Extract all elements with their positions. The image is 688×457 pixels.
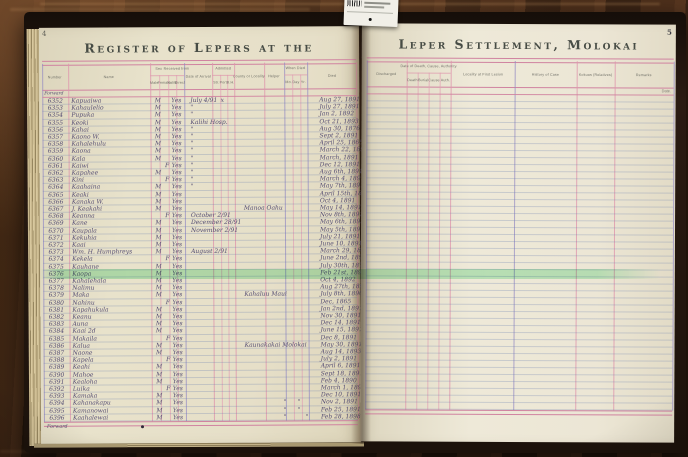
- cell-female: [163, 148, 172, 154]
- cell-adm1: [220, 363, 228, 369]
- cell-adm2: [227, 140, 234, 146]
- cell-d1: [295, 370, 303, 376]
- cell-rec2: [181, 363, 189, 369]
- cell-remarks: [614, 123, 673, 129]
- cell-rec: Yes: [172, 234, 180, 240]
- cell-remarks: [614, 214, 673, 220]
- cell-name: Makaila: [70, 335, 155, 342]
- cell-arrival: [188, 241, 219, 247]
- cell-locality: [449, 347, 513, 353]
- cell-rec: Yes: [172, 270, 180, 276]
- cell-female: F: [163, 299, 172, 305]
- cell-name: Wm. H. Humphreys: [69, 248, 154, 255]
- cell-discharged: [366, 332, 406, 338]
- cell-d3: [309, 96, 316, 102]
- column-group-label: Received from: [163, 67, 189, 71]
- cell-remarks: [614, 144, 673, 150]
- cell-history: [515, 95, 577, 101]
- cell-d1: [293, 104, 301, 110]
- cell-arrival: [189, 342, 220, 348]
- cell-dd2: [417, 298, 428, 304]
- cell-d3: [310, 262, 317, 268]
- cell-helper: [274, 305, 294, 311]
- cell-adm2: [227, 270, 234, 276]
- cell-adm1: [220, 385, 228, 391]
- cell-arrival: [189, 334, 220, 340]
- cell-rec: Yes: [172, 169, 180, 175]
- column-header: Number: [42, 64, 68, 91]
- cell-helper: [275, 385, 295, 391]
- cell-d3: [311, 399, 318, 405]
- cell-adm2: [228, 414, 235, 420]
- cell-dd4: [439, 284, 450, 290]
- cell-name: Kealoha: [70, 378, 155, 385]
- cell-d2: [301, 125, 309, 131]
- cell-name: Kaahalewai: [70, 414, 155, 421]
- cell-no: 6396: [44, 414, 70, 420]
- column-header-label: Died: [328, 74, 336, 78]
- cell-relations: [576, 249, 614, 255]
- cell-d1: [294, 320, 302, 326]
- cell-dd1: [406, 326, 417, 332]
- cell-locality: [450, 151, 514, 157]
- cell-rec2: [180, 255, 188, 261]
- cell-dd4: [439, 228, 450, 234]
- cell-rec: Yes: [173, 356, 181, 362]
- cell-adm3: [234, 248, 241, 254]
- cell-dd3: [428, 298, 439, 304]
- cell-dd2: [417, 123, 428, 129]
- cell-dd1: [405, 382, 416, 388]
- cell-history: [514, 165, 576, 171]
- cell-remarks: [614, 319, 673, 325]
- cell-rec: Yes: [172, 313, 180, 319]
- column-header: Remarks: [615, 61, 674, 88]
- cell-d3: [310, 305, 317, 311]
- cell-helper: [273, 125, 293, 131]
- cell-d1: [294, 161, 302, 167]
- cell-remarks: [614, 172, 673, 178]
- cell-rec2: [179, 133, 187, 139]
- cell-helper: [274, 147, 294, 153]
- cell-county: [241, 320, 274, 326]
- cell-locality: [450, 144, 514, 150]
- cell-locality: [449, 368, 513, 374]
- cell-arrival: [188, 291, 219, 297]
- cell-female: F: [164, 335, 173, 341]
- cell-name: Kamaka: [70, 392, 155, 399]
- cell-helper: [274, 255, 294, 261]
- cell-no: 6372: [43, 242, 69, 248]
- cell-d2: [302, 284, 310, 290]
- cell-rec2: [180, 248, 188, 254]
- cell-rec2: [180, 147, 188, 153]
- cell-rec: Yes: [172, 205, 180, 211]
- cell-rec: Yes: [173, 385, 181, 391]
- cell-arrival: Kalihi Hosp.: [187, 118, 218, 124]
- cell-name: Kaai: [69, 241, 154, 248]
- cell-adm1: [219, 190, 227, 196]
- cell-locality: [450, 305, 514, 311]
- cell-female: [163, 155, 172, 161]
- cell-no: 6352: [42, 98, 68, 104]
- cell-discharged: [366, 241, 406, 247]
- cell-adm1: [219, 198, 227, 204]
- cell-adm3: [234, 205, 241, 211]
- cell-dd2: [417, 319, 428, 325]
- cell-rec: Yes: [172, 155, 180, 161]
- cell-discharged: [366, 318, 406, 324]
- cell-county: [240, 97, 273, 103]
- sub-column-label: B.H.: [227, 81, 235, 85]
- cell-arrival: [189, 414, 220, 420]
- cell-dd1: [406, 165, 417, 171]
- cell-helper: [274, 226, 294, 232]
- cell-adm1: [220, 406, 228, 412]
- cell-male: M: [155, 400, 164, 406]
- cell-remarks: [613, 375, 672, 381]
- cell-dd2: [417, 228, 428, 234]
- cell-rec: Yes: [171, 104, 179, 110]
- sub-column-header: Death: [407, 73, 418, 88]
- cell-no: 6361: [43, 162, 69, 168]
- cell-male: M: [154, 306, 163, 312]
- cell-history: [513, 403, 575, 409]
- cell-locality: [450, 256, 514, 262]
- cell-history: [513, 382, 575, 388]
- cell-d3: [310, 161, 317, 167]
- cell-adm2: [227, 291, 234, 297]
- cell-d1: [293, 132, 301, 138]
- cell-name: Kaona: [69, 148, 154, 155]
- cell-female: F: [163, 162, 172, 168]
- cell-adm3: [235, 399, 242, 405]
- cell-no: 6375: [43, 263, 69, 269]
- cell-helper: [274, 284, 294, 290]
- cell-rec: Yes: [172, 291, 180, 297]
- cell-d2: [302, 140, 310, 146]
- cell-history: [514, 221, 576, 227]
- cell-history: [514, 179, 576, 185]
- cell-helper: [274, 298, 294, 304]
- cell-no: 6356: [42, 126, 68, 132]
- cell-adm2: [227, 241, 234, 247]
- cell-dd2: [417, 242, 428, 248]
- cell-dd2: [417, 186, 428, 192]
- cell-county: [241, 154, 274, 160]
- cell-dd4: [438, 368, 449, 374]
- cell-no: 6394: [44, 400, 70, 406]
- cell-adm1: x: [218, 97, 226, 103]
- cell-d2: [302, 240, 310, 246]
- cell-rec2: [181, 392, 189, 398]
- cell-remarks: [613, 382, 672, 388]
- cell-county: [240, 125, 273, 131]
- cell-d3: [311, 341, 318, 347]
- cell-name: Nahinu: [69, 299, 154, 306]
- left-page-number: 4: [42, 30, 47, 38]
- cell-relations: [576, 305, 614, 311]
- cell-adm2: [227, 205, 234, 211]
- cell-no: 6384: [43, 328, 69, 334]
- cell-discharged: [366, 339, 406, 345]
- cell-adm1: [219, 234, 227, 240]
- cell-discharged: [366, 192, 406, 198]
- cell-dd4: [438, 382, 449, 388]
- cell-adm1: [219, 291, 227, 297]
- cell-adm1: [219, 313, 227, 319]
- cell-d2: [302, 269, 310, 275]
- cell-dd4: [439, 207, 450, 213]
- cell-dd1: [405, 389, 416, 395]
- cell-d1: [294, 312, 302, 318]
- cell-d1: [294, 255, 302, 261]
- cell-rec2: [179, 111, 187, 117]
- cell-female: [163, 277, 172, 283]
- cell-remarks: [615, 102, 674, 108]
- cell-dd4: [439, 144, 450, 150]
- cell-adm3: [234, 284, 241, 290]
- cell-remarks: [614, 270, 673, 276]
- cell-d2: [303, 334, 311, 340]
- cell-adm3: [235, 406, 242, 412]
- cell-d1: [293, 125, 301, 131]
- cell-female: F: [163, 176, 172, 182]
- cell-rec: Yes: [173, 392, 181, 398]
- column-header-label: County or Locality: [233, 74, 265, 78]
- cell-adm2: [227, 198, 234, 204]
- cell-d3: [311, 384, 318, 390]
- cell-dd3: [427, 347, 438, 353]
- cell-dd3: [427, 361, 438, 367]
- cell-rec: Yes: [171, 97, 179, 103]
- cell-remarks: [614, 179, 673, 185]
- cell-relations: [576, 312, 614, 318]
- cell-county: [241, 147, 274, 153]
- cell-dd3: [428, 319, 439, 325]
- cell-adm2: [227, 147, 234, 153]
- cell-d1: [294, 176, 302, 182]
- cell-name: Kaai 2d: [69, 328, 154, 335]
- cell-no: 6392: [44, 386, 70, 392]
- cell-female: F: [163, 256, 172, 262]
- barcode-icon: [347, 0, 361, 7]
- cell-no: 6353: [42, 105, 68, 111]
- cell-dd1: [405, 368, 416, 374]
- cell-arrival: ": [187, 104, 218, 110]
- cell-d1: [295, 341, 303, 347]
- cell-rec2: [181, 414, 189, 420]
- cell-relations: [576, 291, 614, 297]
- cell-adm2: [228, 392, 235, 398]
- cell-rec: Yes: [173, 335, 181, 341]
- cell-adm1: [220, 334, 228, 340]
- cell-adm1: [219, 320, 227, 326]
- cell-d1: [295, 392, 303, 398]
- cell-adm3: [234, 162, 241, 168]
- cell-adm1: [220, 392, 228, 398]
- cell-male: M: [155, 378, 164, 384]
- cell-d2: [302, 327, 310, 333]
- cell-remarks: [614, 186, 673, 192]
- cell-rec2: [180, 169, 188, 175]
- cell-remarks: [614, 228, 673, 234]
- cell-dd4: [438, 354, 449, 360]
- cell-dd1: [406, 172, 417, 178]
- cell-rec2: [180, 291, 188, 297]
- cell-rec: Yes: [173, 371, 181, 377]
- cell-dd1: [407, 102, 418, 108]
- cell-relations: [576, 179, 614, 185]
- cell-rec: Yes: [172, 183, 180, 189]
- cell-d2: [302, 176, 310, 182]
- cell-name: Kamanowai: [70, 407, 155, 414]
- cell-history: [514, 172, 576, 178]
- cell-helper: [275, 392, 295, 398]
- cell-name: Maka: [69, 292, 154, 299]
- cell-adm2: [227, 277, 234, 283]
- cell-d2: [303, 384, 311, 390]
- cell-locality: [450, 277, 514, 283]
- sub-column-header: Yr.: [300, 74, 307, 89]
- cell-adm3: [233, 118, 240, 124]
- cell-female: [163, 241, 172, 247]
- cell-d2: [302, 212, 310, 218]
- cell-helper: [275, 349, 295, 355]
- cell-discharged: [365, 402, 405, 408]
- cell-discharged: [367, 101, 407, 107]
- sub-column-label: Auth.: [441, 78, 450, 82]
- sub-column-header: Day: [292, 74, 300, 89]
- cell-female: [162, 104, 171, 110]
- cell-adm1: [219, 284, 227, 290]
- cell-rec: Yes: [171, 119, 179, 125]
- cell-name: Auna: [69, 320, 154, 327]
- cell-dd1: [406, 144, 417, 150]
- cell-name: Nalimu: [69, 284, 154, 291]
- cell-name: Kini: [69, 176, 154, 183]
- cell-relations: [576, 277, 614, 283]
- cell-d2: [303, 406, 311, 412]
- cell-d2: [303, 341, 311, 347]
- cell-history: [514, 263, 576, 269]
- cell-dd2: [416, 354, 427, 360]
- cell-dd4: [439, 340, 450, 346]
- cell-dd4: [439, 123, 450, 129]
- cell-rec: Yes: [172, 227, 180, 233]
- cell-history: [513, 389, 575, 395]
- column-group-header: When Died: [284, 62, 307, 74]
- cell-d1: [293, 96, 301, 102]
- cell-d1: [294, 291, 302, 297]
- cell-adm1: [218, 118, 226, 124]
- cell-arrival: December 28/91: [188, 219, 219, 225]
- cell-rec2: [181, 356, 189, 362]
- cell-helper: [274, 313, 294, 319]
- cell-adm3: [234, 262, 241, 268]
- cell-male: M: [154, 140, 163, 146]
- cell-history: [514, 319, 576, 325]
- cell-dd2: [418, 109, 429, 115]
- cell-dd3: [429, 102, 440, 108]
- cell-d3: [310, 183, 317, 189]
- cell-relations: [575, 382, 613, 388]
- cell-dd1: [406, 263, 417, 269]
- cell-county: [240, 118, 273, 124]
- cell-county: [242, 406, 275, 412]
- cell-dd2: [416, 375, 427, 381]
- cell-adm3: [234, 313, 241, 319]
- cell-dd1: [405, 354, 416, 360]
- cell-female: [163, 313, 172, 319]
- right-page-title: Leper Settlement, Molokai: [362, 36, 676, 52]
- cell-county: [242, 413, 275, 419]
- cell-discharged: [365, 353, 405, 359]
- cell-rec2: [180, 313, 188, 319]
- cell-female: [162, 97, 171, 103]
- cell-adm1: [219, 154, 227, 160]
- cell-rec2: [180, 241, 188, 247]
- cell-name: Mahoe: [70, 371, 155, 378]
- cell-male: M: [155, 371, 164, 377]
- column-group-header: Date of Death, Cause, Authority: [407, 61, 451, 73]
- cell-remarks: [615, 109, 674, 115]
- cell-dd4: [439, 214, 450, 220]
- cell-no: 6363: [43, 177, 69, 183]
- cell-d1: [294, 190, 302, 196]
- cell-d1: [294, 298, 302, 304]
- cell-discharged: [365, 367, 405, 373]
- cell-no: 6374: [43, 256, 69, 262]
- cell-arrival: [188, 190, 219, 196]
- cell-remarks: [614, 277, 673, 283]
- cell-relations: [575, 375, 613, 381]
- cell-dd4: [439, 186, 450, 192]
- cell-male: M: [154, 292, 163, 298]
- cell-county: [241, 313, 274, 319]
- cell-adm2: [228, 406, 235, 412]
- cell-d3: [310, 176, 317, 182]
- cell-county: Kaunakakai Molokai: [242, 341, 275, 347]
- cell-dd3: [428, 312, 439, 318]
- cell-male: M: [154, 234, 163, 240]
- cell-rec2: [180, 227, 188, 233]
- cell-d3: [310, 212, 317, 218]
- cell-d2: [303, 392, 311, 398]
- cell-remarks: [614, 256, 673, 262]
- cell-rec: Yes: [172, 176, 180, 182]
- cell-name: Kaiwi: [69, 162, 154, 169]
- cell-d1: [294, 248, 302, 254]
- cell-adm3: [234, 154, 241, 160]
- cell-discharged: [365, 360, 405, 366]
- cell-locality: [450, 137, 514, 143]
- cell-dd4: [438, 389, 449, 395]
- cell-helper: [274, 140, 294, 146]
- cell-adm2: [227, 248, 234, 254]
- cell-helper: [275, 377, 295, 383]
- cell-history: [515, 102, 577, 108]
- cell-remarks: [614, 116, 673, 122]
- cell-locality: [451, 109, 515, 115]
- sub-column-label: Mo.: [285, 80, 292, 84]
- cell-discharged: [366, 269, 406, 275]
- cell-helper: [274, 327, 294, 333]
- cell-arrival: [189, 385, 220, 391]
- cell-adm2: [227, 255, 234, 261]
- cell-dd1: [406, 340, 417, 346]
- cell-county: [241, 183, 274, 189]
